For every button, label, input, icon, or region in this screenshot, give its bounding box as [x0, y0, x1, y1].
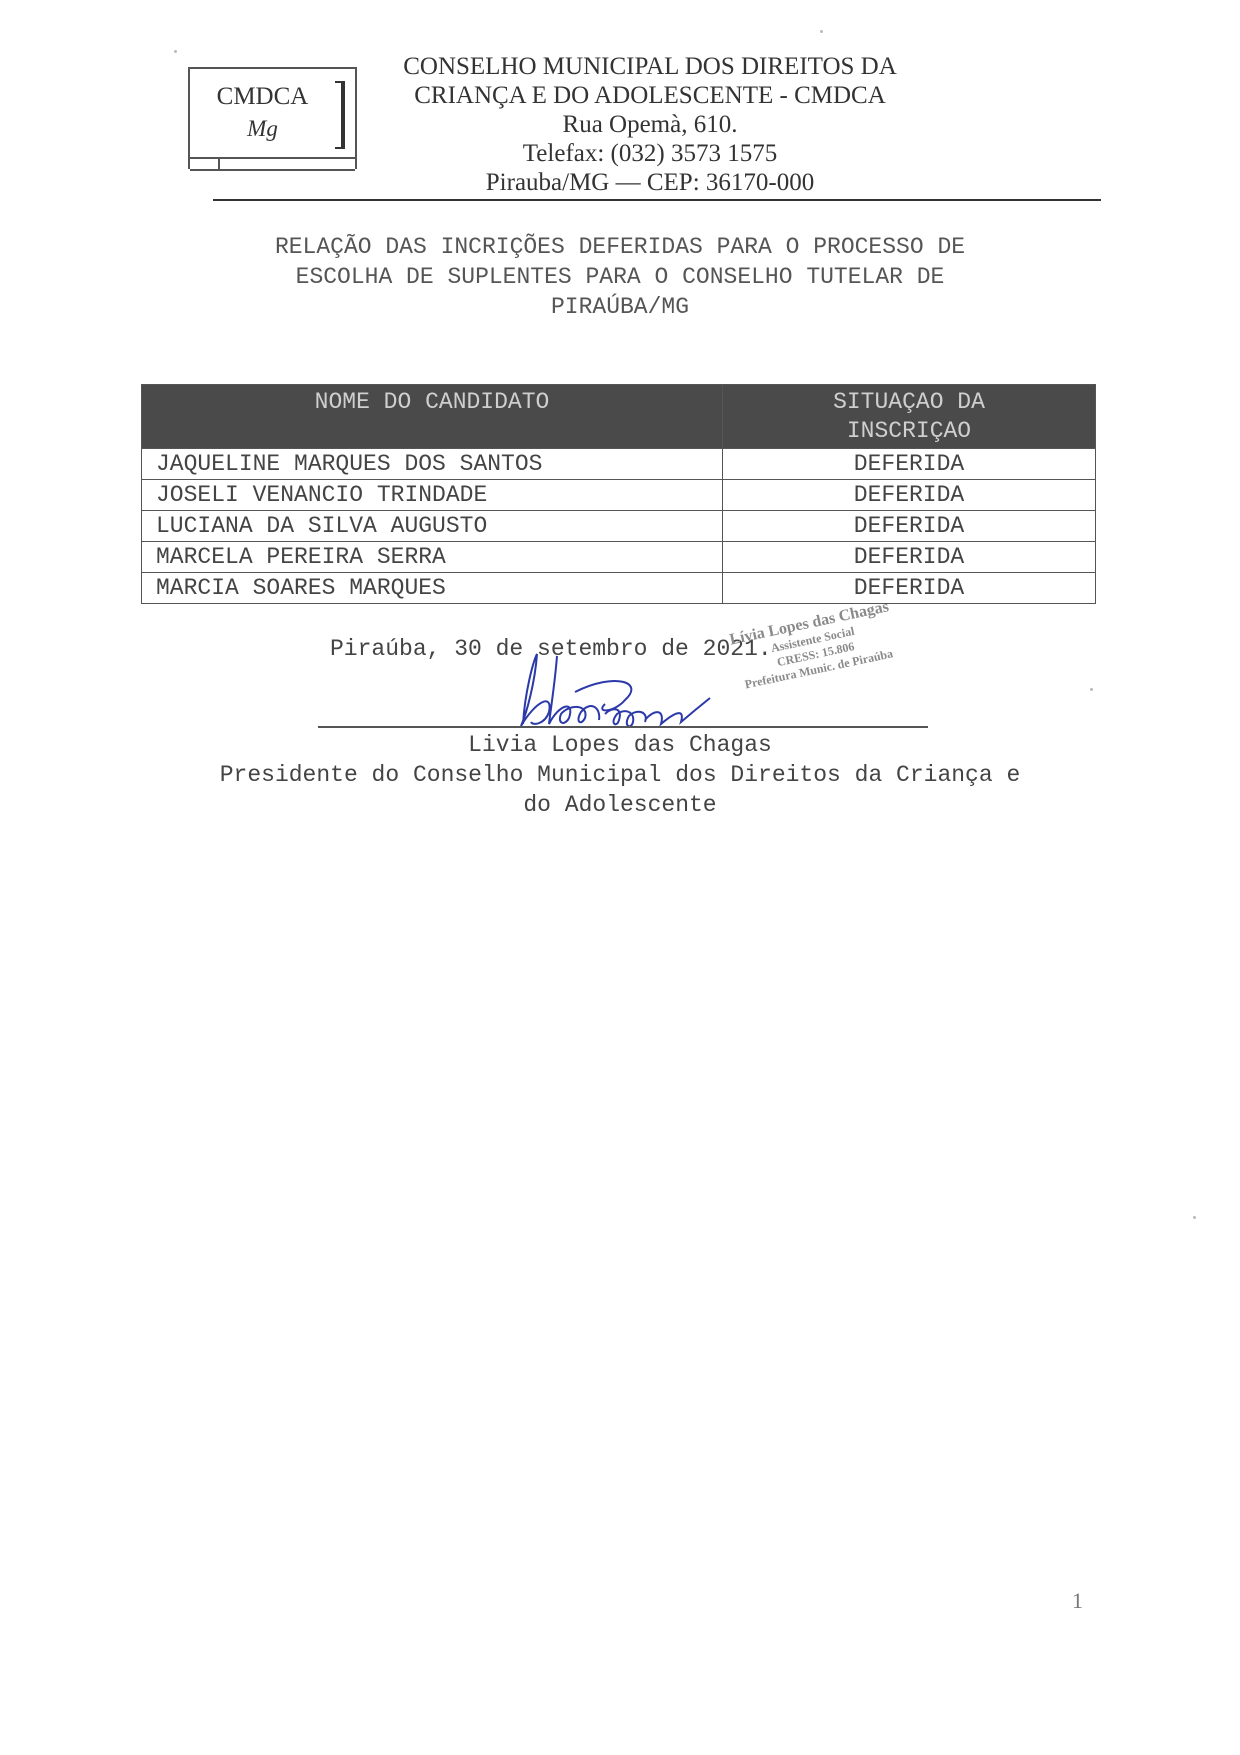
header-registration-status: SITUAÇAO DA INSCRIÇAO: [723, 385, 1096, 449]
registration-status: DEFERIDA: [723, 480, 1096, 511]
table-row: MARCIA SOARES MARQUES DEFERIDA: [142, 573, 1096, 604]
cmdca-logo: CMDCA Mg: [188, 67, 357, 169]
letterhead-line: CRIANÇA E DO ADOLESCENTE - CMDCA: [370, 81, 930, 110]
signature-line: [318, 726, 928, 728]
candidate-name: MARCELA PEREIRA SERRA: [142, 542, 723, 573]
table-header-row: NOME DO CANDIDATO SITUAÇAO DA INSCRIÇAO: [142, 385, 1096, 449]
title-line: RELAÇÃO DAS INCRIÇÕES DEFERIDAS PARA O P…: [180, 232, 1060, 262]
title-line: ESCOLHA DE SUPLENTES PARA O CONSELHO TUT…: [180, 262, 1060, 292]
table-row: MARCELA PEREIRA SERRA DEFERIDA: [142, 542, 1096, 573]
signatory-block: Livia Lopes das Chagas Presidente do Con…: [140, 730, 1100, 820]
table-row: JAQUELINE MARQUES DOS SANTOS DEFERIDA: [142, 449, 1096, 480]
header-divider: [213, 199, 1101, 201]
letterhead-city: Pirauba/MG — CEP: 36170-000: [370, 168, 930, 197]
candidate-name: JAQUELINE MARQUES DOS SANTOS: [142, 449, 723, 480]
official-stamp: Lívia Lopes das Chagas Assistente Social…: [690, 590, 943, 728]
handwritten-signature: [505, 652, 720, 732]
logo-text: CMDCA: [190, 83, 335, 111]
logo-subtext: Mg: [190, 116, 335, 142]
candidate-name: JOSELI VENANCIO TRINDADE: [142, 480, 723, 511]
signatory-name: Livia Lopes das Chagas: [140, 730, 1100, 760]
scan-speck: [820, 30, 823, 33]
signatory-role: Presidente do Conselho Municipal dos Dir…: [140, 760, 1100, 790]
letterhead: CONSELHO MUNICIPAL DOS DIREITOS DA CRIAN…: [370, 52, 930, 197]
candidates-table: NOME DO CANDIDATO SITUAÇAO DA INSCRIÇAO …: [141, 384, 1096, 604]
registration-status: DEFERIDA: [723, 542, 1096, 573]
registration-status: DEFERIDA: [723, 449, 1096, 480]
scan-speck: [1090, 688, 1093, 691]
letterhead-line: CONSELHO MUNICIPAL DOS DIREITOS DA: [370, 52, 930, 81]
registration-status: DEFERIDA: [723, 511, 1096, 542]
candidate-name: MARCIA SOARES MARQUES: [142, 573, 723, 604]
page-number: 1: [1072, 1588, 1083, 1614]
title-line: PIRAÚBA/MG: [180, 292, 1060, 322]
logo-bracket: [335, 81, 345, 149]
logo-tick: [218, 159, 220, 171]
header-candidate-name: NOME DO CANDIDATO: [142, 385, 723, 449]
letterhead-address: Rua Opemà, 610.: [370, 110, 930, 139]
table-row: LUCIANA DA SILVA AUGUSTO DEFERIDA: [142, 511, 1096, 542]
letterhead-phone: Telefax: (032) 3573 1575: [370, 139, 930, 168]
header-status-text: SITUAÇAO DA INSCRIÇAO: [809, 388, 1009, 446]
scan-speck: [174, 50, 177, 53]
signatory-role-cont: do Adolescente: [140, 790, 1100, 820]
scan-speck: [1193, 1216, 1196, 1219]
candidate-name: LUCIANA DA SILVA AUGUSTO: [142, 511, 723, 542]
logo-base: [190, 157, 355, 171]
document-title: RELAÇÃO DAS INCRIÇÕES DEFERIDAS PARA O P…: [180, 232, 1060, 322]
table-row: JOSELI VENANCIO TRINDADE DEFERIDA: [142, 480, 1096, 511]
